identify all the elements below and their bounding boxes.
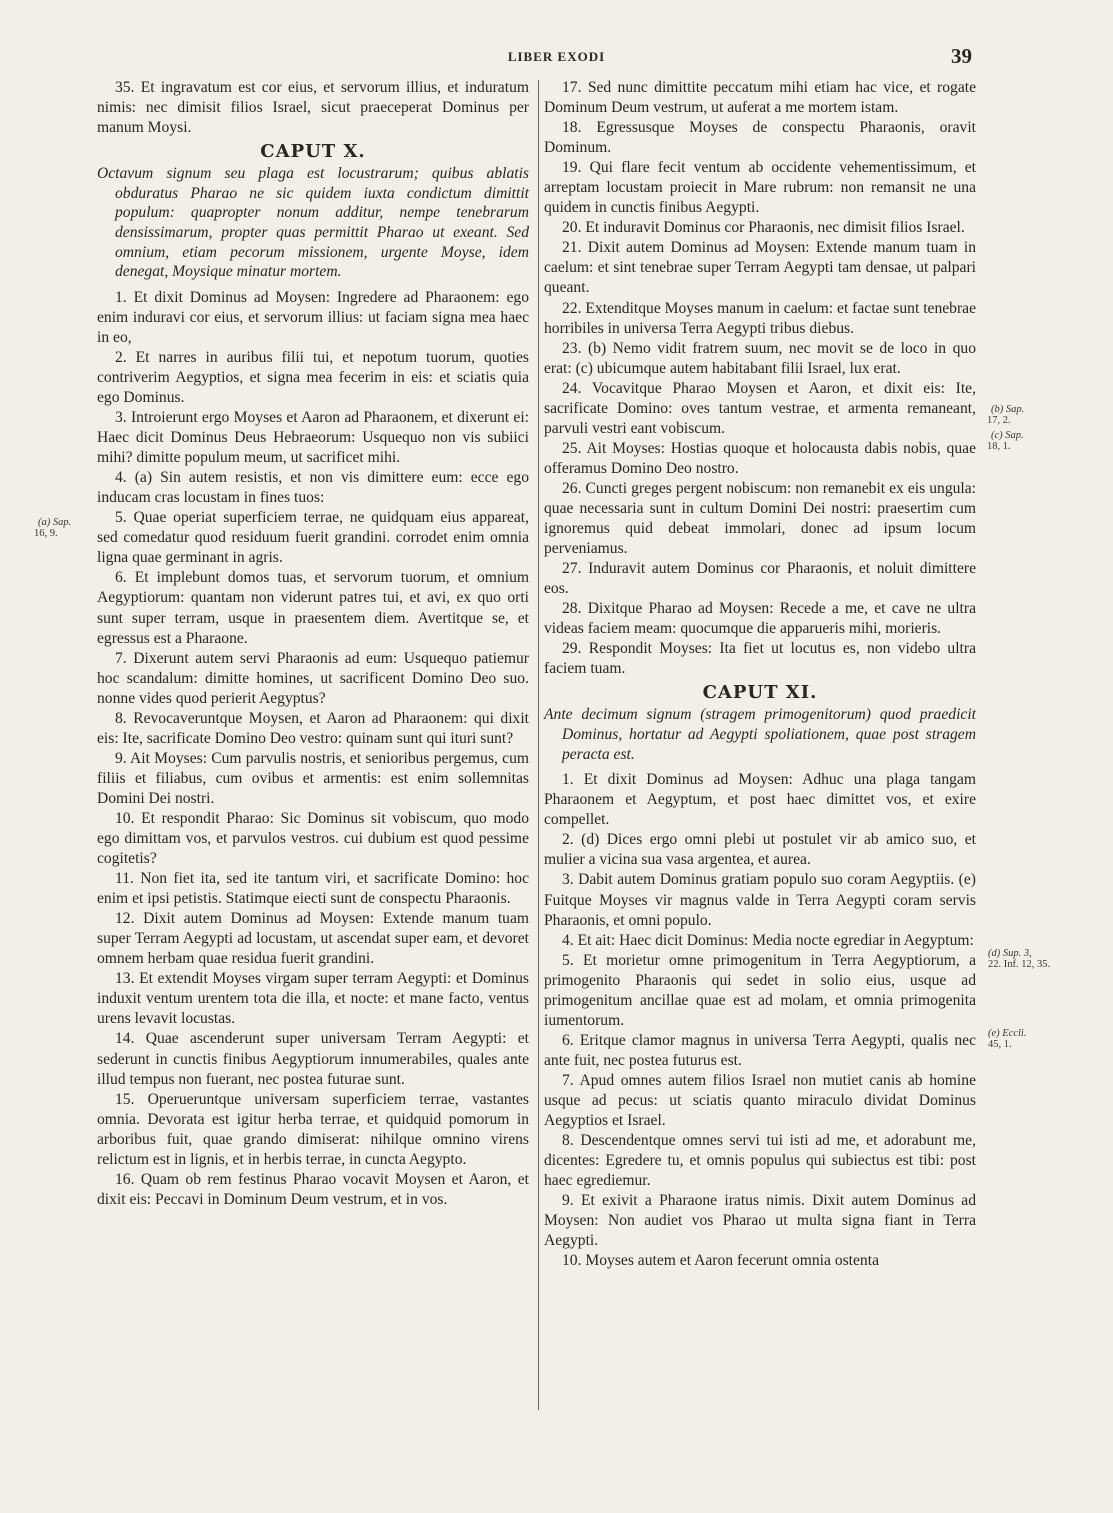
verse: 10. Moyses autem et Aaron fecerunt omnia… (544, 1251, 976, 1271)
running-title: LIBER EXODI (0, 49, 1113, 65)
book-page: LIBER EXODI 39 35. Et ingravatum est cor… (0, 0, 1113, 1513)
marginal-note-d: (d) Sup. 3, 22. Inf. 12, 35. (988, 948, 1068, 970)
marginal-note-ref: 45, 1. (988, 1039, 1026, 1050)
verse: 2. (d) Dices ergo omni plebi ut postulet… (544, 830, 976, 870)
marginal-note-e: (e) Eccli. 45, 1. (988, 1028, 1026, 1050)
verse: 23. (b) Nemo vidit fratrem suum, nec mov… (544, 339, 976, 379)
chapter-summary: Octavum signum seu plaga est locustrarum… (97, 164, 529, 282)
verse: 20. Et induravit Dominus cor Pharaonis, … (544, 218, 976, 238)
verse: 2. Et narres in auribus filii tui, et ne… (97, 348, 529, 408)
verse: 25. Ait Moyses: Hostias quoque et holoca… (544, 439, 976, 479)
marginal-note-ref: 18, 1. (987, 441, 1024, 452)
verse: 29. Respondit Moyses: Ita fiet ut locutu… (544, 639, 976, 679)
verse: 9. Et exivit a Pharaone iratus nimis. Di… (544, 1191, 976, 1251)
marginal-note-a: (a) Sap. 16, 9. (34, 517, 71, 539)
marginal-note-c: (c) Sap. 18, 1. (991, 430, 1024, 452)
verse: 5. Quae operiat superficiem terrae, ne q… (97, 508, 529, 568)
marginal-note-label: (c) Sap. (991, 430, 1024, 441)
verse: 26. Cuncti greges pergent nobiscum: non … (544, 479, 976, 559)
verse: 4. Et ait: Haec dicit Dominus: Media noc… (544, 931, 976, 951)
verse: 4. (a) Sin autem resistis, et non vis di… (97, 468, 529, 508)
verse: 3. Dabit autem Dominus gratiam populo su… (544, 870, 976, 930)
verse: 8. Revocaveruntque Moysen, et Aaron ad P… (97, 709, 529, 749)
verse: 10. Et respondit Pharao: Sic Dominus sit… (97, 809, 529, 869)
verse: 1. Et dixit Dominus ad Moysen: Ingredere… (97, 288, 529, 348)
verse: 14. Quae ascenderunt super universam Ter… (97, 1029, 529, 1089)
verse-carryover: 35. Et ingravatum est cor eius, et servo… (97, 78, 529, 138)
marginal-note-label: (a) Sap. (34, 517, 71, 528)
marginal-note-label: (d) Sup. 3, (988, 948, 1068, 959)
marginal-note-ref: 17, 2. (987, 415, 1024, 426)
verse: 16. Quam ob rem festinus Pharao vocavit … (97, 1170, 529, 1210)
verse: 5. Et morietur omne primogenitum in Terr… (544, 951, 976, 1031)
right-column: 17. Sed nunc dimittite peccatum mihi eti… (544, 78, 976, 1271)
verse: 28. Dixitque Pharao ad Moysen: Recede a … (544, 599, 976, 639)
verse: 6. Et implebunt domos tuas, et servorum … (97, 568, 529, 648)
verse: 1. Et dixit Dominus ad Moysen: Adhuc una… (544, 770, 976, 830)
verse: 21. Dixit autem Dominus ad Moysen: Exten… (544, 238, 976, 298)
verse: 3. Introierunt ergo Moyses et Aaron ad P… (97, 408, 529, 468)
marginal-note-label: (b) Sap. (991, 404, 1024, 415)
verse: 7. Dixerunt autem servi Pharaonis ad eum… (97, 649, 529, 709)
verse: 19. Qui flare fecit ventum ab occidente … (544, 158, 976, 218)
verse: 8. Descendentque omnes servi tui isti ad… (544, 1131, 976, 1191)
verse: 7. Apud omnes autem filios Israel non mu… (544, 1071, 976, 1131)
left-column: 35. Et ingravatum est cor eius, et servo… (97, 78, 529, 1210)
verse: 18. Egressusque Moyses de conspectu Phar… (544, 118, 976, 158)
page-number: 39 (951, 44, 972, 69)
verse: 27. Induravit autem Dominus cor Pharaoni… (544, 559, 976, 599)
verse: 12. Dixit autem Dominus ad Moysen: Exten… (97, 909, 529, 969)
verse: 11. Non fiet ita, sed ite tantum viri, e… (97, 869, 529, 909)
chapter-heading: CAPUT XI. (544, 683, 976, 703)
marginal-note-ref: 16, 9. (34, 528, 71, 539)
chapter-summary: Ante decimum signum (stragem primogenito… (544, 705, 976, 764)
verse: 15. Operueruntque universam superficiem … (97, 1090, 529, 1170)
marginal-note-b: (b) Sap. 17, 2. (991, 404, 1024, 426)
verse: 24. Vocavitque Pharao Moysen et Aaron, e… (544, 379, 976, 439)
verse: 17. Sed nunc dimittite peccatum mihi eti… (544, 78, 976, 118)
chapter-heading: CAPUT X. (97, 142, 529, 162)
column-divider (538, 80, 539, 1410)
marginal-note-ref: 22. Inf. 12, 35. (988, 959, 1068, 970)
marginal-note-label: (e) Eccli. (988, 1028, 1026, 1039)
verse: 13. Et extendit Moyses virgam super terr… (97, 969, 529, 1029)
verse: 9. Ait Moyses: Cum parvulis nostris, et … (97, 749, 529, 809)
verse: 22. Extenditque Moyses manum in caelum: … (544, 299, 976, 339)
verse: 6. Eritque clamor magnus in universa Ter… (544, 1031, 976, 1071)
